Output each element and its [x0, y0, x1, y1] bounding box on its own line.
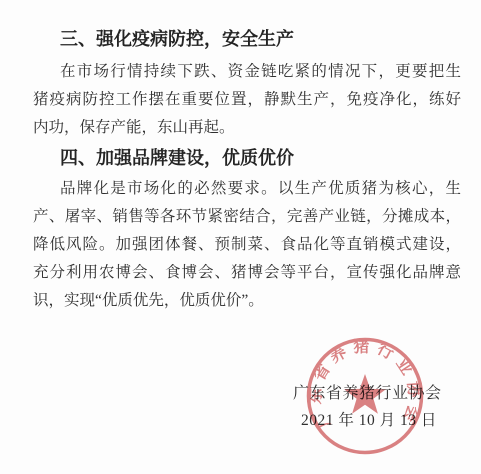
section-heading-3: 三、强化疫病防控，安全生产: [60, 26, 461, 52]
paragraph-line: 识，实现“优质优先，优质优价”。: [33, 287, 461, 315]
section-heading-4: 四、加强品牌建设，优质优价: [60, 145, 461, 171]
document-body: 三、强化疫病防控，安全生产 在市场行情持续下跌、资金链吃紧的情况下，更要把生 猪…: [33, 26, 461, 315]
document-page: 三、强化疫病防控，安全生产 在市场行情持续下跌、资金链吃紧的情况下，更要把生 猪…: [0, 0, 481, 474]
star-icon: [344, 374, 386, 414]
paragraph-2: 品牌化是市场化的必然要求。以生产优质猪为核心，生 产、屠宰、销售等各环节紧密结合…: [33, 175, 461, 315]
official-seal-stamp: 广东省养猪行业协会: [303, 334, 427, 458]
paragraph-line: 内功，保存产能，东山再起。: [33, 114, 461, 142]
paragraph-line: 降低风险。加强团体餐、预制菜、食品化等直销模式建设，: [33, 231, 461, 259]
paragraph-line: 产、屠宰、销售等各环节紧密结合，完善产业链，分摊成本，: [33, 203, 461, 231]
paragraph-line: 品牌化是市场化的必然要求。以生产优质猪为核心，生: [33, 175, 461, 203]
paragraph-line: 充分利用农博会、食博会、猪博会等平台，宣传强化品牌意: [33, 259, 461, 287]
paragraph-line: 在市场行情持续下跌、资金链吃紧的情况下，更要把生: [33, 58, 461, 86]
paragraph-line: 猪疫病防控工作摆在重要位置，静默生产，免疫净化，练好: [33, 86, 461, 114]
paragraph-1: 在市场行情持续下跌、资金链吃紧的情况下，更要把生 猪疫病防控工作摆在重要位置，静…: [33, 58, 461, 142]
